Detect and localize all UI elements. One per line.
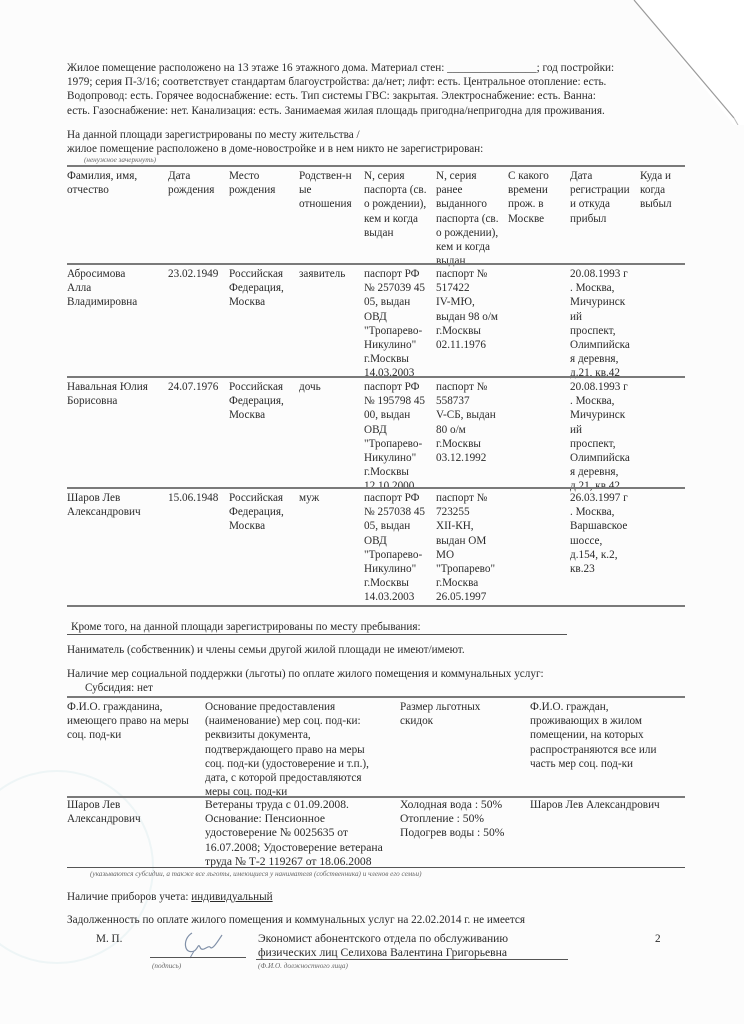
column-header: Место рождения <box>229 169 275 197</box>
table-top-rule <box>67 165 685 167</box>
cell-prev-passport: паспорт № 558737 V-СБ, выдан 80 о/м г.Мо… <box>436 380 496 465</box>
temporary-registration: Кроме того, на данной площади зарегистри… <box>71 620 421 634</box>
cell-passport: паспорт РФ № 257039 45 05, выдан ОВД "Тр… <box>364 267 425 381</box>
cell-birth-place: Российская Федерация, Москва <box>229 491 284 534</box>
column-header: Родствен-н ые отношения <box>299 169 352 212</box>
meters-value: индивидуальный <box>191 891 272 903</box>
registered-heading: На данной площади зарегистрированы по ме… <box>67 128 682 156</box>
cell-name: Навальная Юлия Борисовна <box>67 380 148 408</box>
cell-prev-passport: паспорт № 517422 IV-МЮ, выдан 98 о/м г.М… <box>436 267 498 352</box>
row-rule <box>67 487 685 489</box>
cell-birth-place: Российская Федерация, Москва <box>229 380 284 423</box>
benefits-column-header: Ф.И.О. граждан, проживающих в жилом поме… <box>530 700 656 771</box>
benefits-cell-name: Шаров Лев Александрович <box>67 798 141 826</box>
cell-prev-passport: паспорт № 723255 XII-КН, выдан ОМ МО "Тр… <box>436 491 495 605</box>
meters-label: Наличие приборов учета: <box>67 891 191 903</box>
meters-line: Наличие приборов учета: индивидуальный <box>67 890 273 904</box>
cell-passport: паспорт РФ № 195798 45 00, выдан ОВД "Тр… <box>364 380 425 494</box>
registered-line-1: На данной площади зарегистрированы по ме… <box>67 128 682 142</box>
signature-rule <box>150 957 246 958</box>
housing-description: Жилое помещение расположено на 13 этаже … <box>67 61 682 118</box>
cell-name: Шаров Лев Александрович <box>67 491 141 519</box>
housing-line-1: Жилое помещение расположено на 13 этаже … <box>67 61 682 75</box>
cell-birth-place: Российская Федерация, Москва <box>229 267 284 310</box>
row-rule <box>67 376 685 378</box>
column-header: N, серия паспорта (св. о рождении), кем … <box>364 169 427 240</box>
official-line-1: Экономист абонентского отдела по обслужи… <box>258 932 508 946</box>
debt-statement: Задолженность по оплате жилого помещения… <box>67 913 525 927</box>
registered-note: (ненужное зачеркнуть) <box>84 156 156 165</box>
benefits-note: (указываются субсидии, а также все льгот… <box>90 870 421 879</box>
benefits-cell-basis: Ветераны труда с 01.09.2008. Основание: … <box>205 798 383 869</box>
official-caption: (Ф.И.О. должностного лица) <box>258 962 348 971</box>
column-header: N, серия ранее выданного паспорта (св. о… <box>436 169 499 268</box>
column-header: Фамилия, имя, отчество <box>67 169 137 197</box>
signature-caption: (подпись) <box>152 962 181 971</box>
benefits-title: Наличие мер социальной поддержки (льготы… <box>67 667 544 681</box>
stamp-label: М. П. <box>96 932 122 946</box>
cell-birth-date: 15.06.1948 <box>168 491 218 505</box>
official-rule <box>256 959 568 960</box>
cell-name: Абросимова Алла Владимировна <box>67 267 137 310</box>
benefits-cell-discounts: Холодная вода : 50% Отопление : 50% Подо… <box>400 798 504 841</box>
cell-reg-date: 20.08.1993 г . Москва, Мичуринск ий прос… <box>570 267 630 381</box>
temporary-rule <box>67 634 567 635</box>
signature-icon <box>178 925 228 959</box>
benefits-column-header: Основание предоставления (наименование) … <box>205 700 369 799</box>
benefits-column-header: Ф.И.О. гражданина, имеющего право на мер… <box>67 700 189 743</box>
cell-relation: муж <box>299 491 319 505</box>
housing-line-2: 1979; серия П-3/16; соответствует станда… <box>67 75 682 89</box>
cell-passport: паспорт РФ № 257038 45 05, выдан ОВД "Тр… <box>364 491 425 605</box>
column-header: Куда и когда выбыл <box>640 169 672 212</box>
column-header: Дата рождения <box>168 169 214 197</box>
cell-birth-date: 24.07.1976 <box>168 380 218 394</box>
registered-line-2: жилое помещение расположено в доме-новос… <box>67 142 682 156</box>
table-bottom-rule <box>67 605 685 607</box>
row-rule <box>67 263 685 265</box>
cell-reg-date: 20.08.1993 г . Москва, Мичуринск ий прос… <box>570 380 630 494</box>
subsidy-status: Субсидия: нет <box>85 681 153 695</box>
benefits-bottom-rule <box>67 867 685 868</box>
cell-relation: дочь <box>299 380 321 394</box>
cell-reg-date: 26.03.1997 г . Москва, Варшавское шоссе,… <box>570 491 628 576</box>
page-number: 2 <box>655 932 661 946</box>
benefits-top-rule <box>67 696 685 698</box>
cell-birth-date: 23.02.1949 <box>168 267 218 281</box>
housing-line-4: есть. Газоснабжение: нет. Канализация: е… <box>67 104 682 118</box>
other-housing: Наниматель (собственник) и члены семьи д… <box>67 643 465 657</box>
housing-line-3: Водопровод: есть. Горячее водоснабжение:… <box>67 89 682 103</box>
cell-relation: заявитель <box>299 267 345 281</box>
column-header: С какого времени прож. в Москве <box>508 169 549 226</box>
benefits-column-header: Размер льготных скидок <box>400 700 480 728</box>
column-header: Дата регистрации и откуда прибыл <box>570 169 630 226</box>
benefits-cell-covered: Шаров Лев Александрович <box>530 798 660 812</box>
